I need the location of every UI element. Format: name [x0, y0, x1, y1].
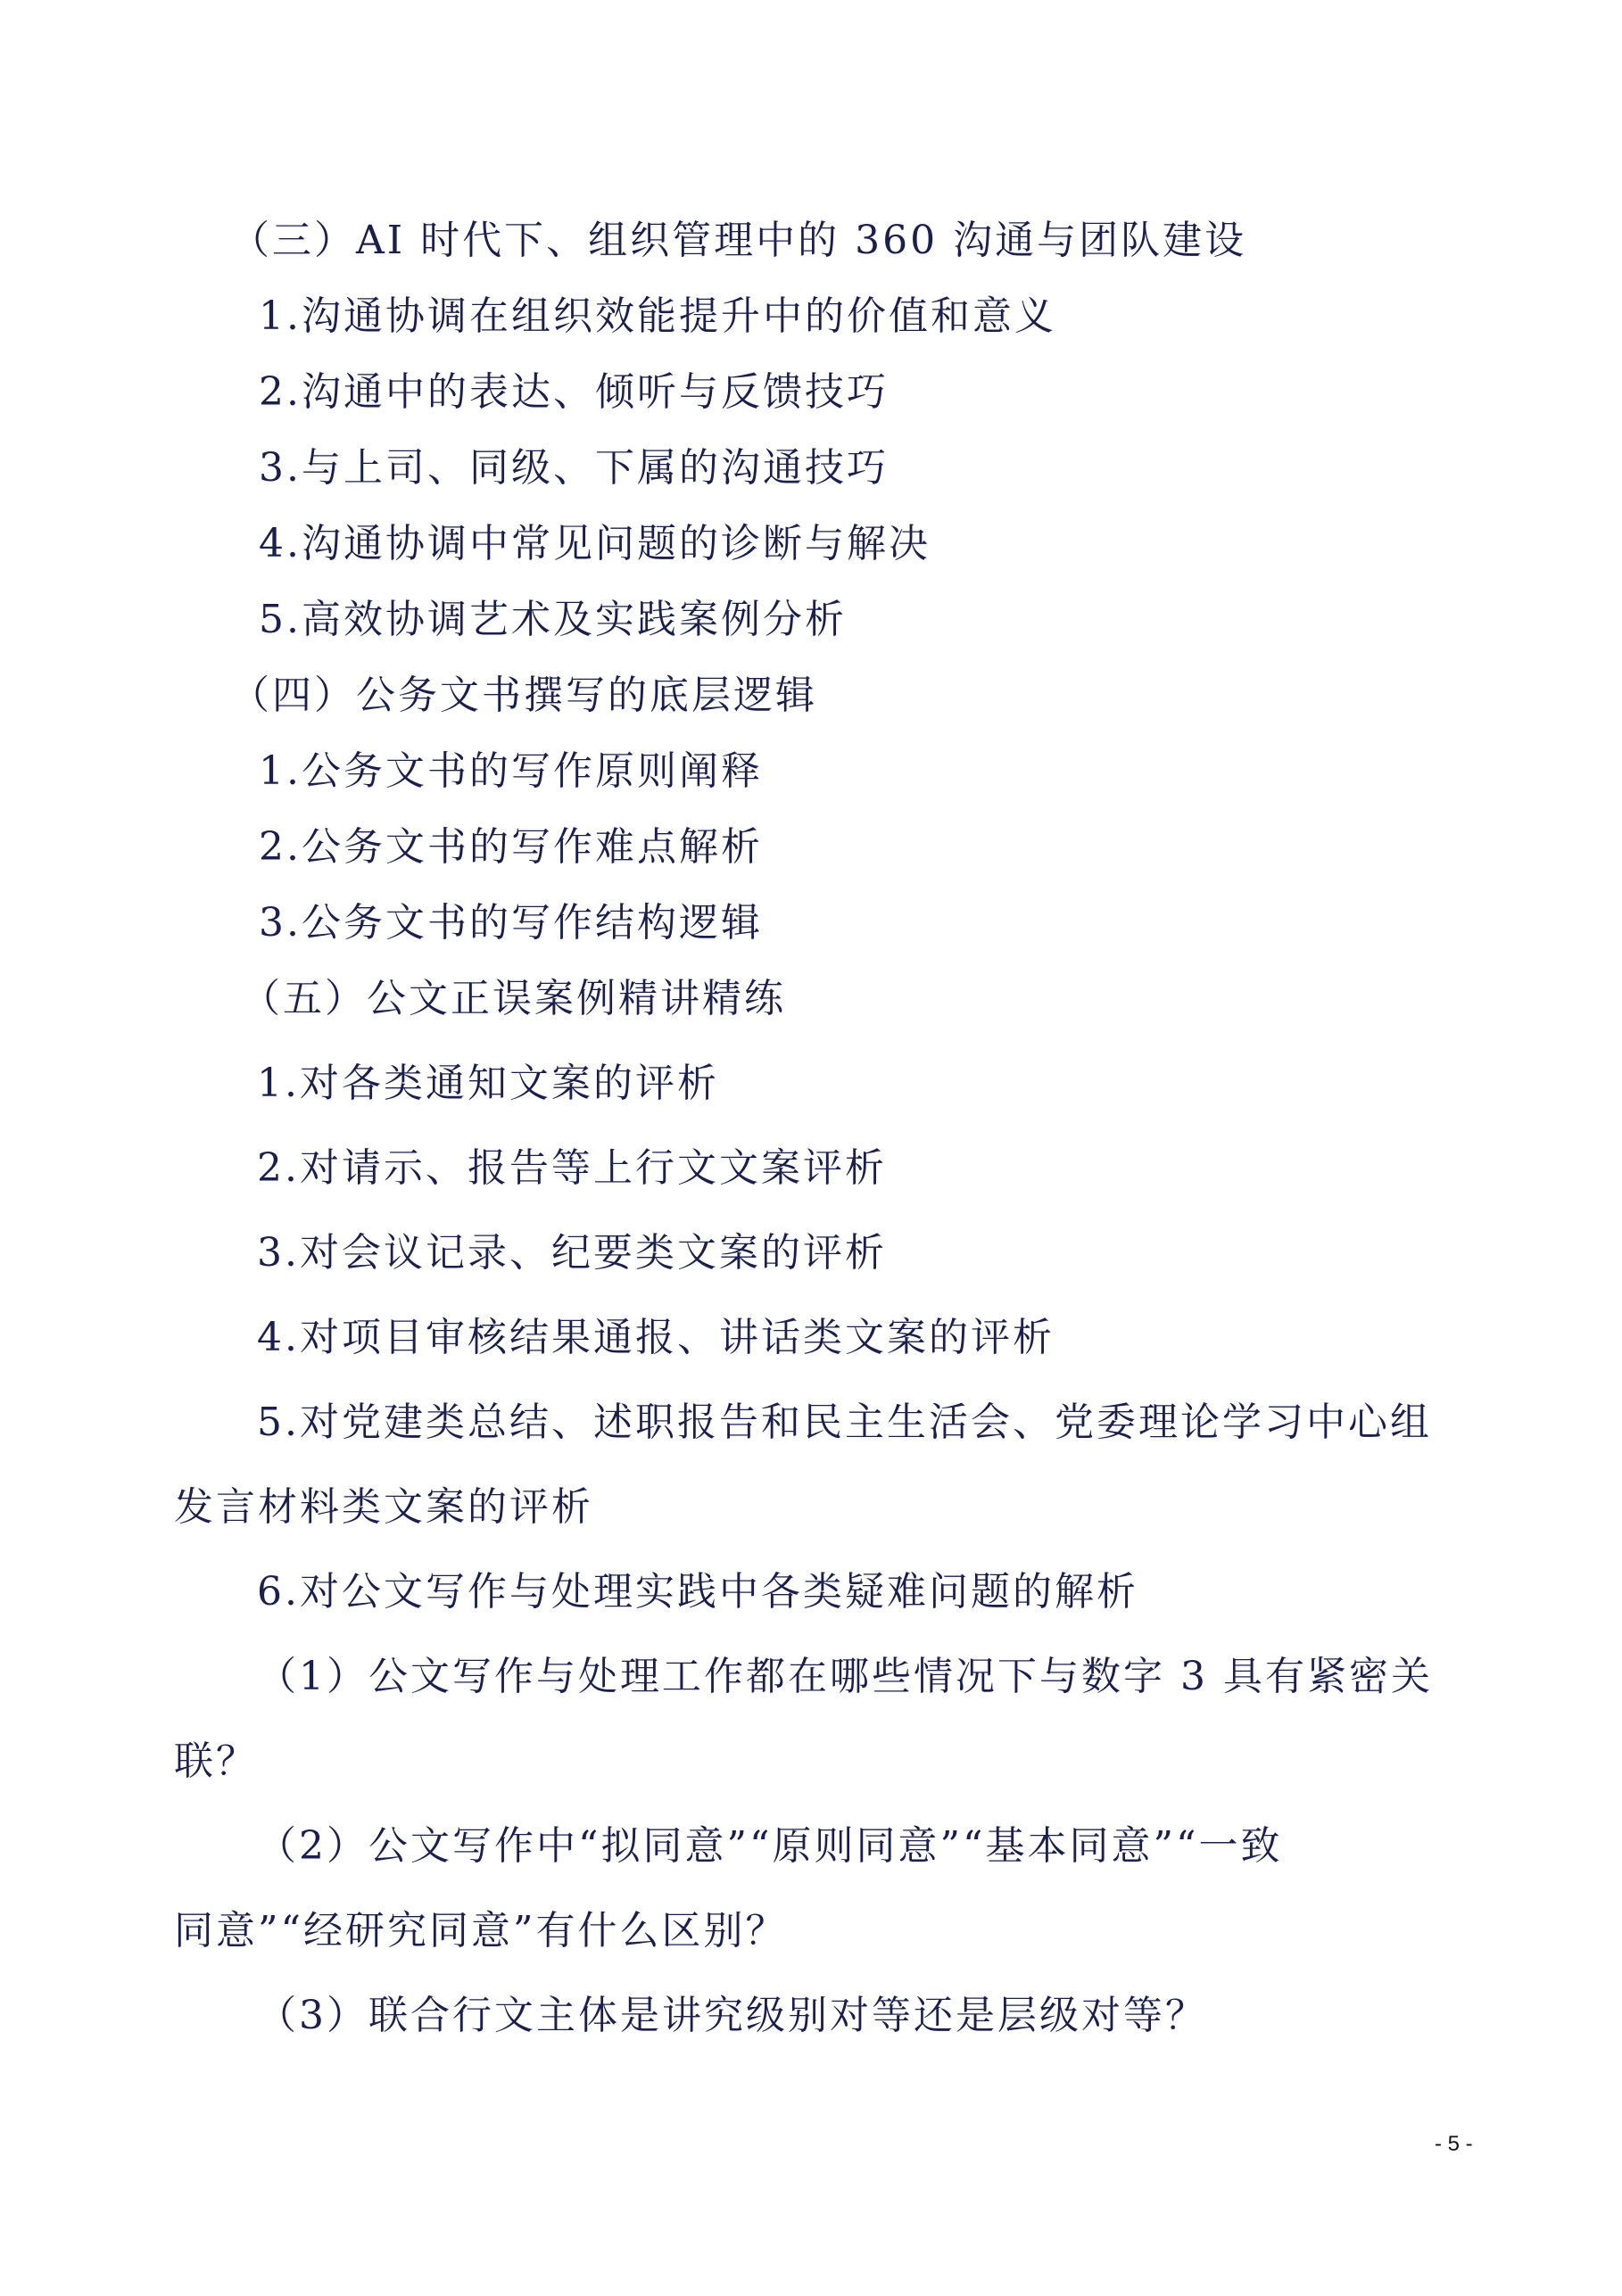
page-number: - 5 - — [1435, 2132, 1473, 2157]
list-item: 6.对公文写作与处理实践中各类疑难问题的解析 — [257, 1565, 1138, 1619]
sub-list-item: （3）联合行文主体是讲究级别对等还是层级对等？ — [257, 1989, 1207, 2043]
list-item: 1.公务文书的写作原则阐释 — [259, 745, 763, 798]
list-item: 3.公务文书的写作结构逻辑 — [259, 896, 763, 950]
list-item: 3.对会议记录、纪要类文案的评析 — [257, 1226, 887, 1280]
list-item: 1.对各类通知文案的评析 — [257, 1057, 719, 1111]
section-heading-3: （三）AI 时代下、组织管理中的 360 沟通与团队建设 — [230, 214, 1246, 268]
list-item: 2.对请示、报告等上行文文案评析 — [257, 1142, 887, 1195]
list-item-continuation: 发言材料类文案的评析 — [174, 1481, 593, 1534]
sub-list-item: （1）公文写作与处理工作都在哪些情况下与数字 3 具有紧密关 — [257, 1650, 1433, 1704]
list-item: 5.高效协调艺术及实践案例分析 — [259, 593, 847, 647]
sub-list-item-continuation: 同意”“经研究同意”有什么区别？ — [174, 1904, 787, 1958]
list-item: 5.对党建类总结、述职报告和民主生活会、党委理论学习中心组 — [257, 1396, 1432, 1449]
sub-list-item-continuation: 联？ — [174, 1735, 258, 1788]
list-item: 3.与上司、同级、下属的沟通技巧 — [259, 442, 889, 495]
document-page: （三）AI 时代下、组织管理中的 360 沟通与团队建设 1.沟通协调在组织效能… — [0, 0, 1622, 2296]
sub-list-item: （2）公文写作中“拟同意”“原则同意”“基本同意”“一致 — [257, 1820, 1282, 1873]
list-item: 4.沟通协调中常见问题的诊断与解决 — [259, 517, 931, 571]
list-item: 4.对项目审核结果通报、讲话类文案的评析 — [257, 1311, 1055, 1365]
list-item: 1.沟通协调在组织效能提升中的价值和意义 — [259, 290, 1056, 343]
list-item: 2.公务文书的写作难点解析 — [259, 821, 763, 874]
section-heading-5: （五）公文正误案例精讲精练 — [241, 972, 786, 1026]
list-item: 2.沟通中的表达、倾听与反馈技巧 — [259, 366, 889, 419]
section-heading-4: （四）公务文书撰写的底层逻辑 — [230, 669, 817, 723]
